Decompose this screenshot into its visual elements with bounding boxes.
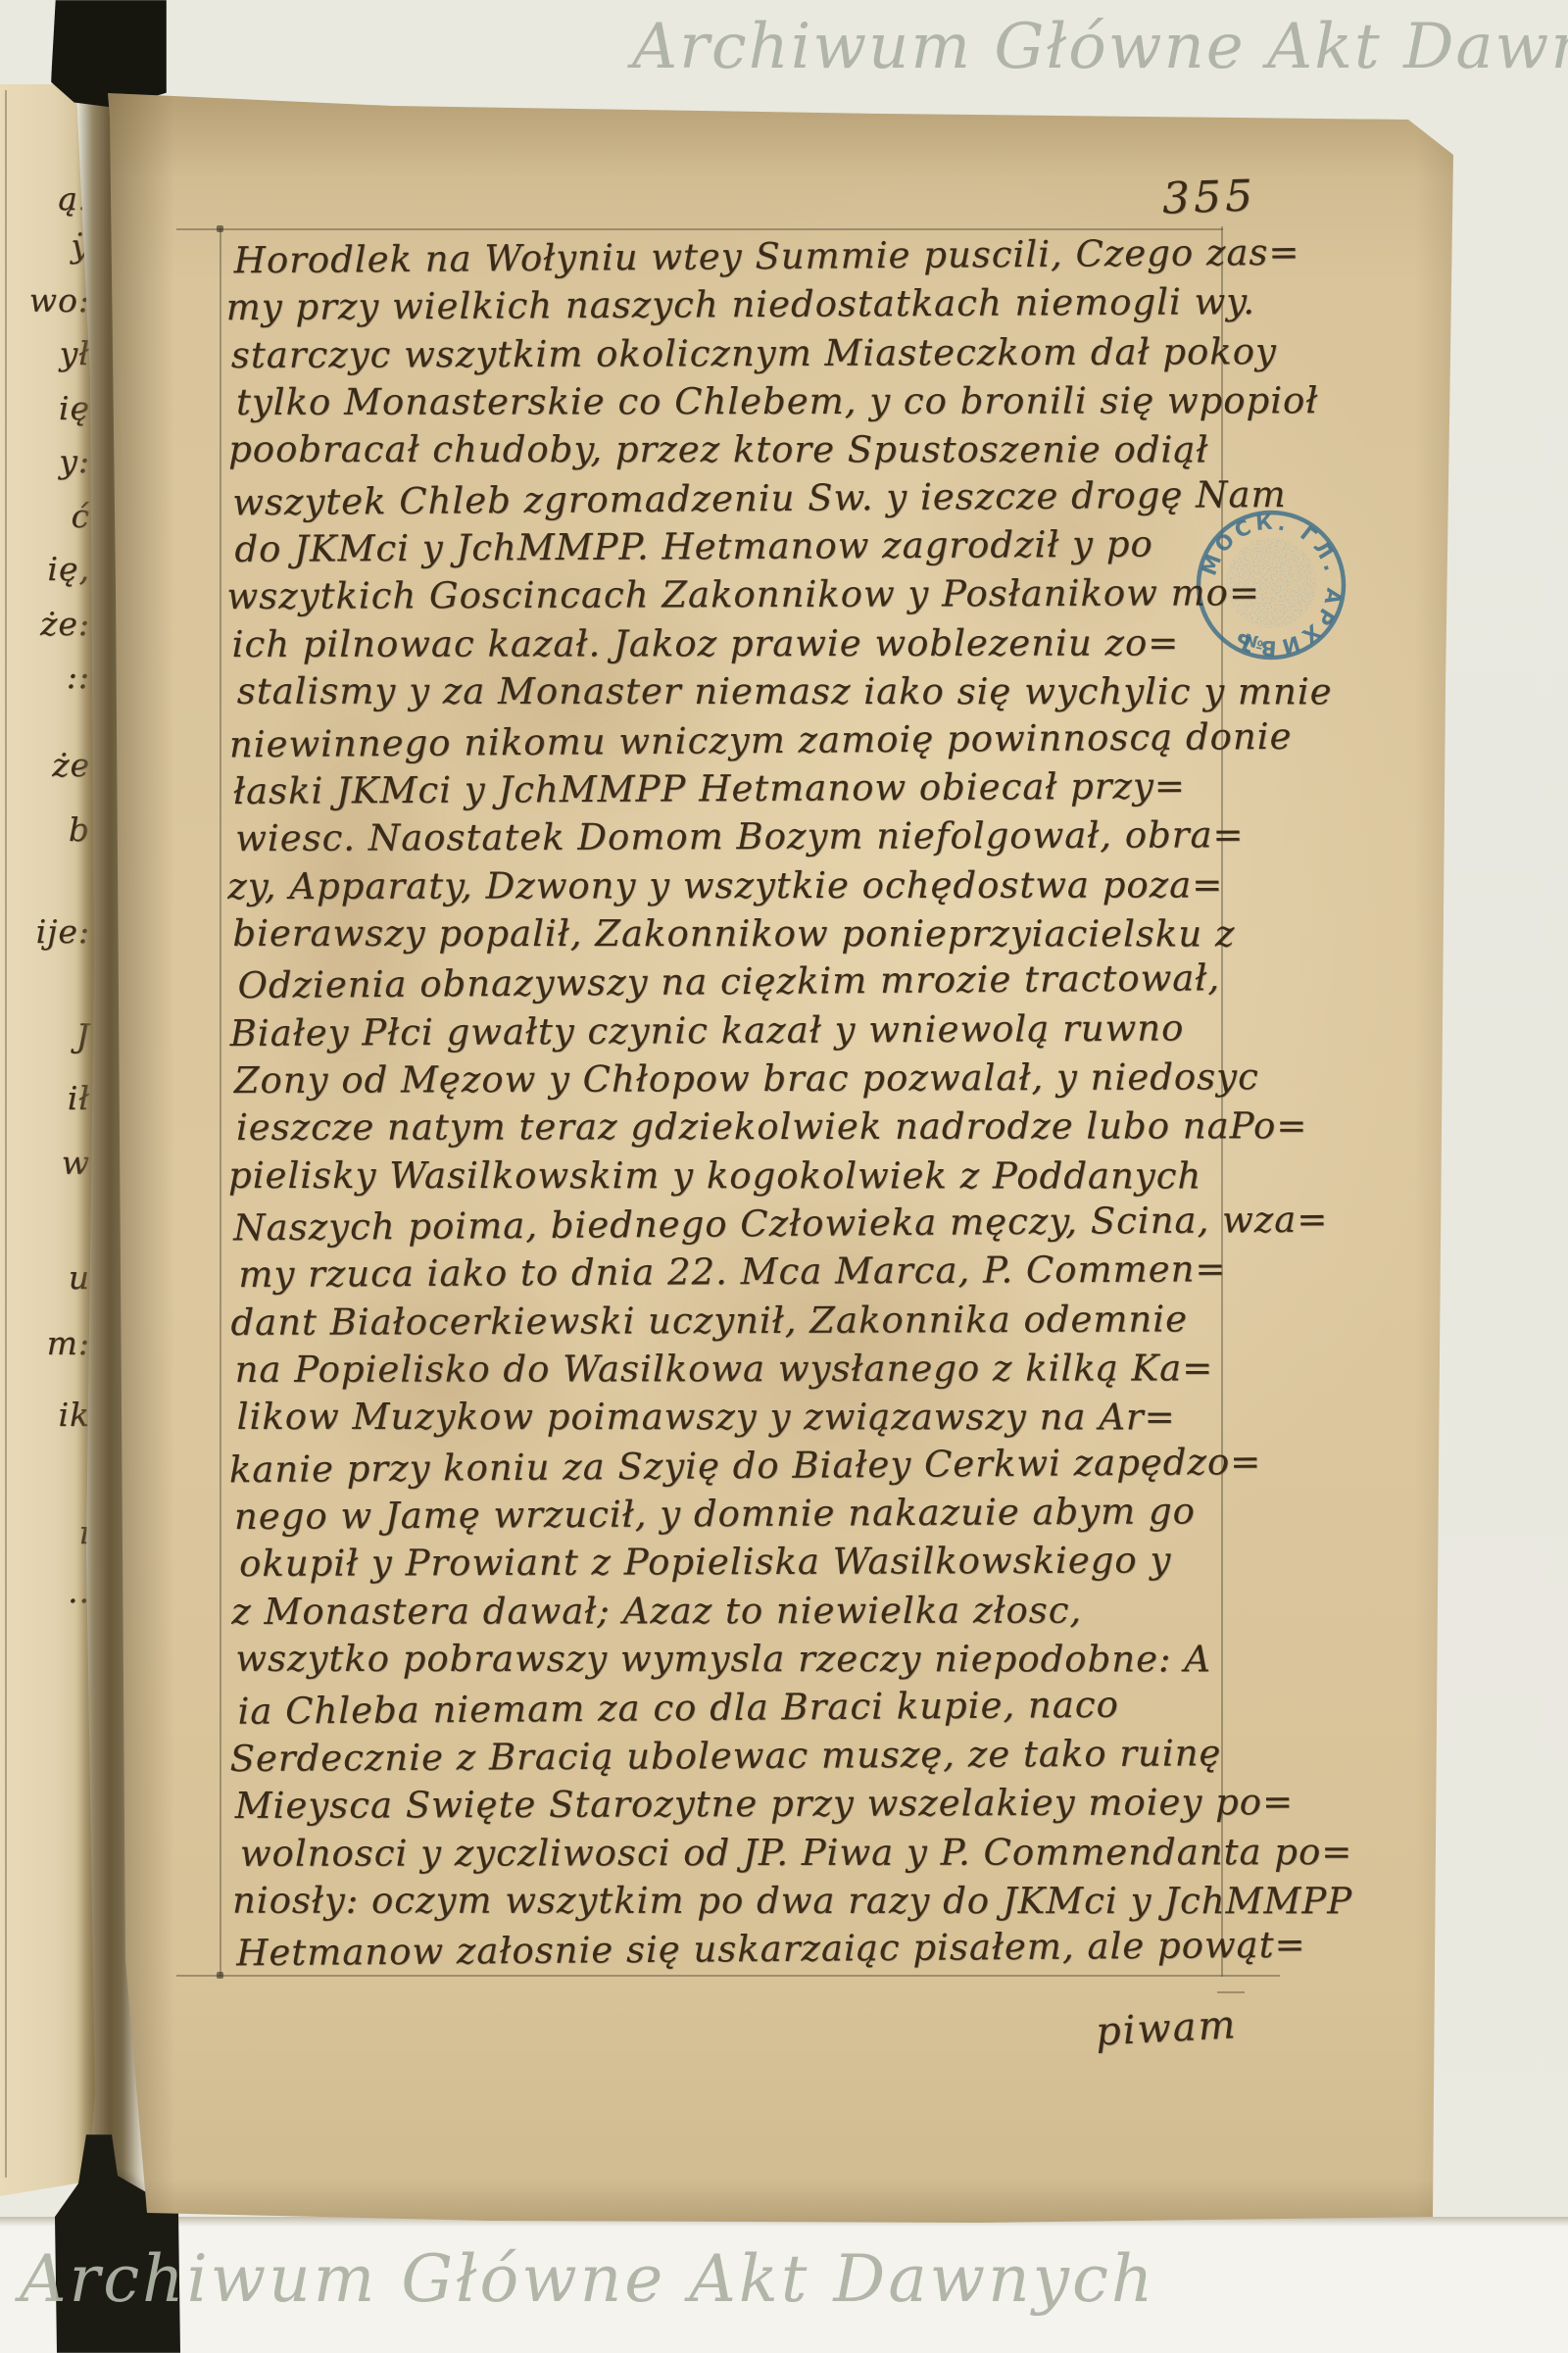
manuscript-line: niewinnego nikomu wniczym zamoię powinno… (229, 714, 1293, 765)
manuscript-line: Mieysca Swięte Starozytne przy wszelakie… (235, 1781, 1294, 1827)
previous-page-margin-rule (5, 90, 7, 2178)
manuscript-line: my rzuca iako to dnia 22. Mca Marca, P. … (238, 1249, 1226, 1297)
manuscript-line: wolnosci y zyczliwosci od JP. Piwa y P. … (240, 1831, 1352, 1875)
manuscript-line: wszytek Chleb zgromadzeniu Sw. y ieszcze… (232, 473, 1287, 523)
manuscript-line: wiesc. Naostatek Domom Bozym niefolgował… (235, 813, 1244, 859)
manuscript-line: okupił y Prowiant z Popieliska Wasilkows… (239, 1540, 1171, 1585)
manuscript-line: dant Białocerkiewski uczynił, Zakonnika … (230, 1298, 1188, 1344)
archive-watermark-top: Archiwum Główne Akt Dawnych (632, 16, 1568, 78)
manuscript-line: likow Muzykow poimawszy y związawszy na … (237, 1396, 1176, 1439)
manuscript-line: Białey Płci gwałty czynic kazał y wniewo… (230, 1006, 1185, 1054)
manuscript-line: ieszcze natym teraz gdziekolwiek nadrodz… (236, 1104, 1307, 1149)
bookmark-ribbon-top (51, 0, 167, 108)
manuscript-line: do JKMci y JchMMPP. Hetmanow zagrodził y… (234, 523, 1153, 570)
manuscript-line: Zony od Męzow y Chłopow brac pozwalał, y… (234, 1055, 1259, 1102)
manuscript-page: МОСК. ГЛ. АРХИВЪ № 355 Horodlek na Wołyn… (106, 90, 1458, 2225)
manuscript-line: Serdecznie z Bracią ubolewac muszę, ze t… (229, 1732, 1221, 1780)
manuscript-line: wszytkich Goscincach Zakonnikow y Posłan… (226, 572, 1260, 618)
manuscript-line: zy, Apparaty, Dzwony y wszytkie ochędost… (227, 863, 1223, 907)
manuscript-line: Odzienia obnazywszy na cięzkim mrozie tr… (237, 956, 1220, 1006)
catchword: piwam (1095, 2002, 1239, 2054)
manuscript-line: łaski JKMci y JchMMPP Hetmanow obiecał p… (233, 764, 1186, 812)
manuscript-line: poobracał chudoby, przez ktore Spustosze… (228, 428, 1208, 471)
manuscript-line: stalismy y za Monaster niemasz iako się … (237, 670, 1333, 713)
manuscript-line: z Monastera dawał; Azaz to niewielka zło… (231, 1589, 1082, 1632)
manuscript-line: Naszych poima, biednego Człowieka męczy,… (233, 1199, 1328, 1250)
manuscript-line: pielisky Wasilkowskim y kogokolwiek z Po… (228, 1154, 1201, 1198)
manuscript-line: wszytko pobrawszy wymysla rzeczy niepodo… (235, 1638, 1211, 1681)
manuscript-line: na Popielisko do Wasilkowa wysłanego z k… (235, 1347, 1214, 1391)
manuscript-line: ich pilnowac kazał. Jakoz prawie wobleze… (232, 621, 1180, 665)
manuscript-line: tylko Monasterskie co Chlebem, y co bron… (236, 379, 1318, 423)
scanned-manuscript-photo: ą:ÿwo:yłięy:ćię,że:::żebije:Jiłwum:ikı.. (0, 0, 1568, 2353)
manuscript-text: Horodlek na Wołyniu wtey Summie puscili,… (103, 88, 1461, 2227)
manuscript-line: Horodlek na Wołyniu wtey Summie puscili,… (233, 231, 1299, 282)
manuscript-line: Hetmanow załosnie się uskarzaiąc pisałem… (236, 1924, 1306, 1975)
manuscript-line: nego w Jamę wrzucił, y domnie nakazuie a… (234, 1490, 1196, 1538)
manuscript-line: starczyc wszytkim okolicznym Miasteczkom… (231, 330, 1277, 376)
manuscript-line: ia Chleba niemam za co dla Braci kupie, … (237, 1683, 1119, 1732)
manuscript-line: niosły: oczym wszytkim po dwa razy do JK… (232, 1880, 1352, 1923)
manuscript-line: my przy wielkich naszych niedostatkach n… (226, 280, 1255, 328)
manuscript-line: bierawszy popalił, Zakonnikow ponieprzyi… (232, 912, 1235, 956)
manuscript-line: kanie przy koniu za Szyię do Białey Cerk… (229, 1441, 1262, 1491)
archive-watermark-bottom: Archiwum Główne Akt Dawnych (20, 2247, 1155, 2312)
